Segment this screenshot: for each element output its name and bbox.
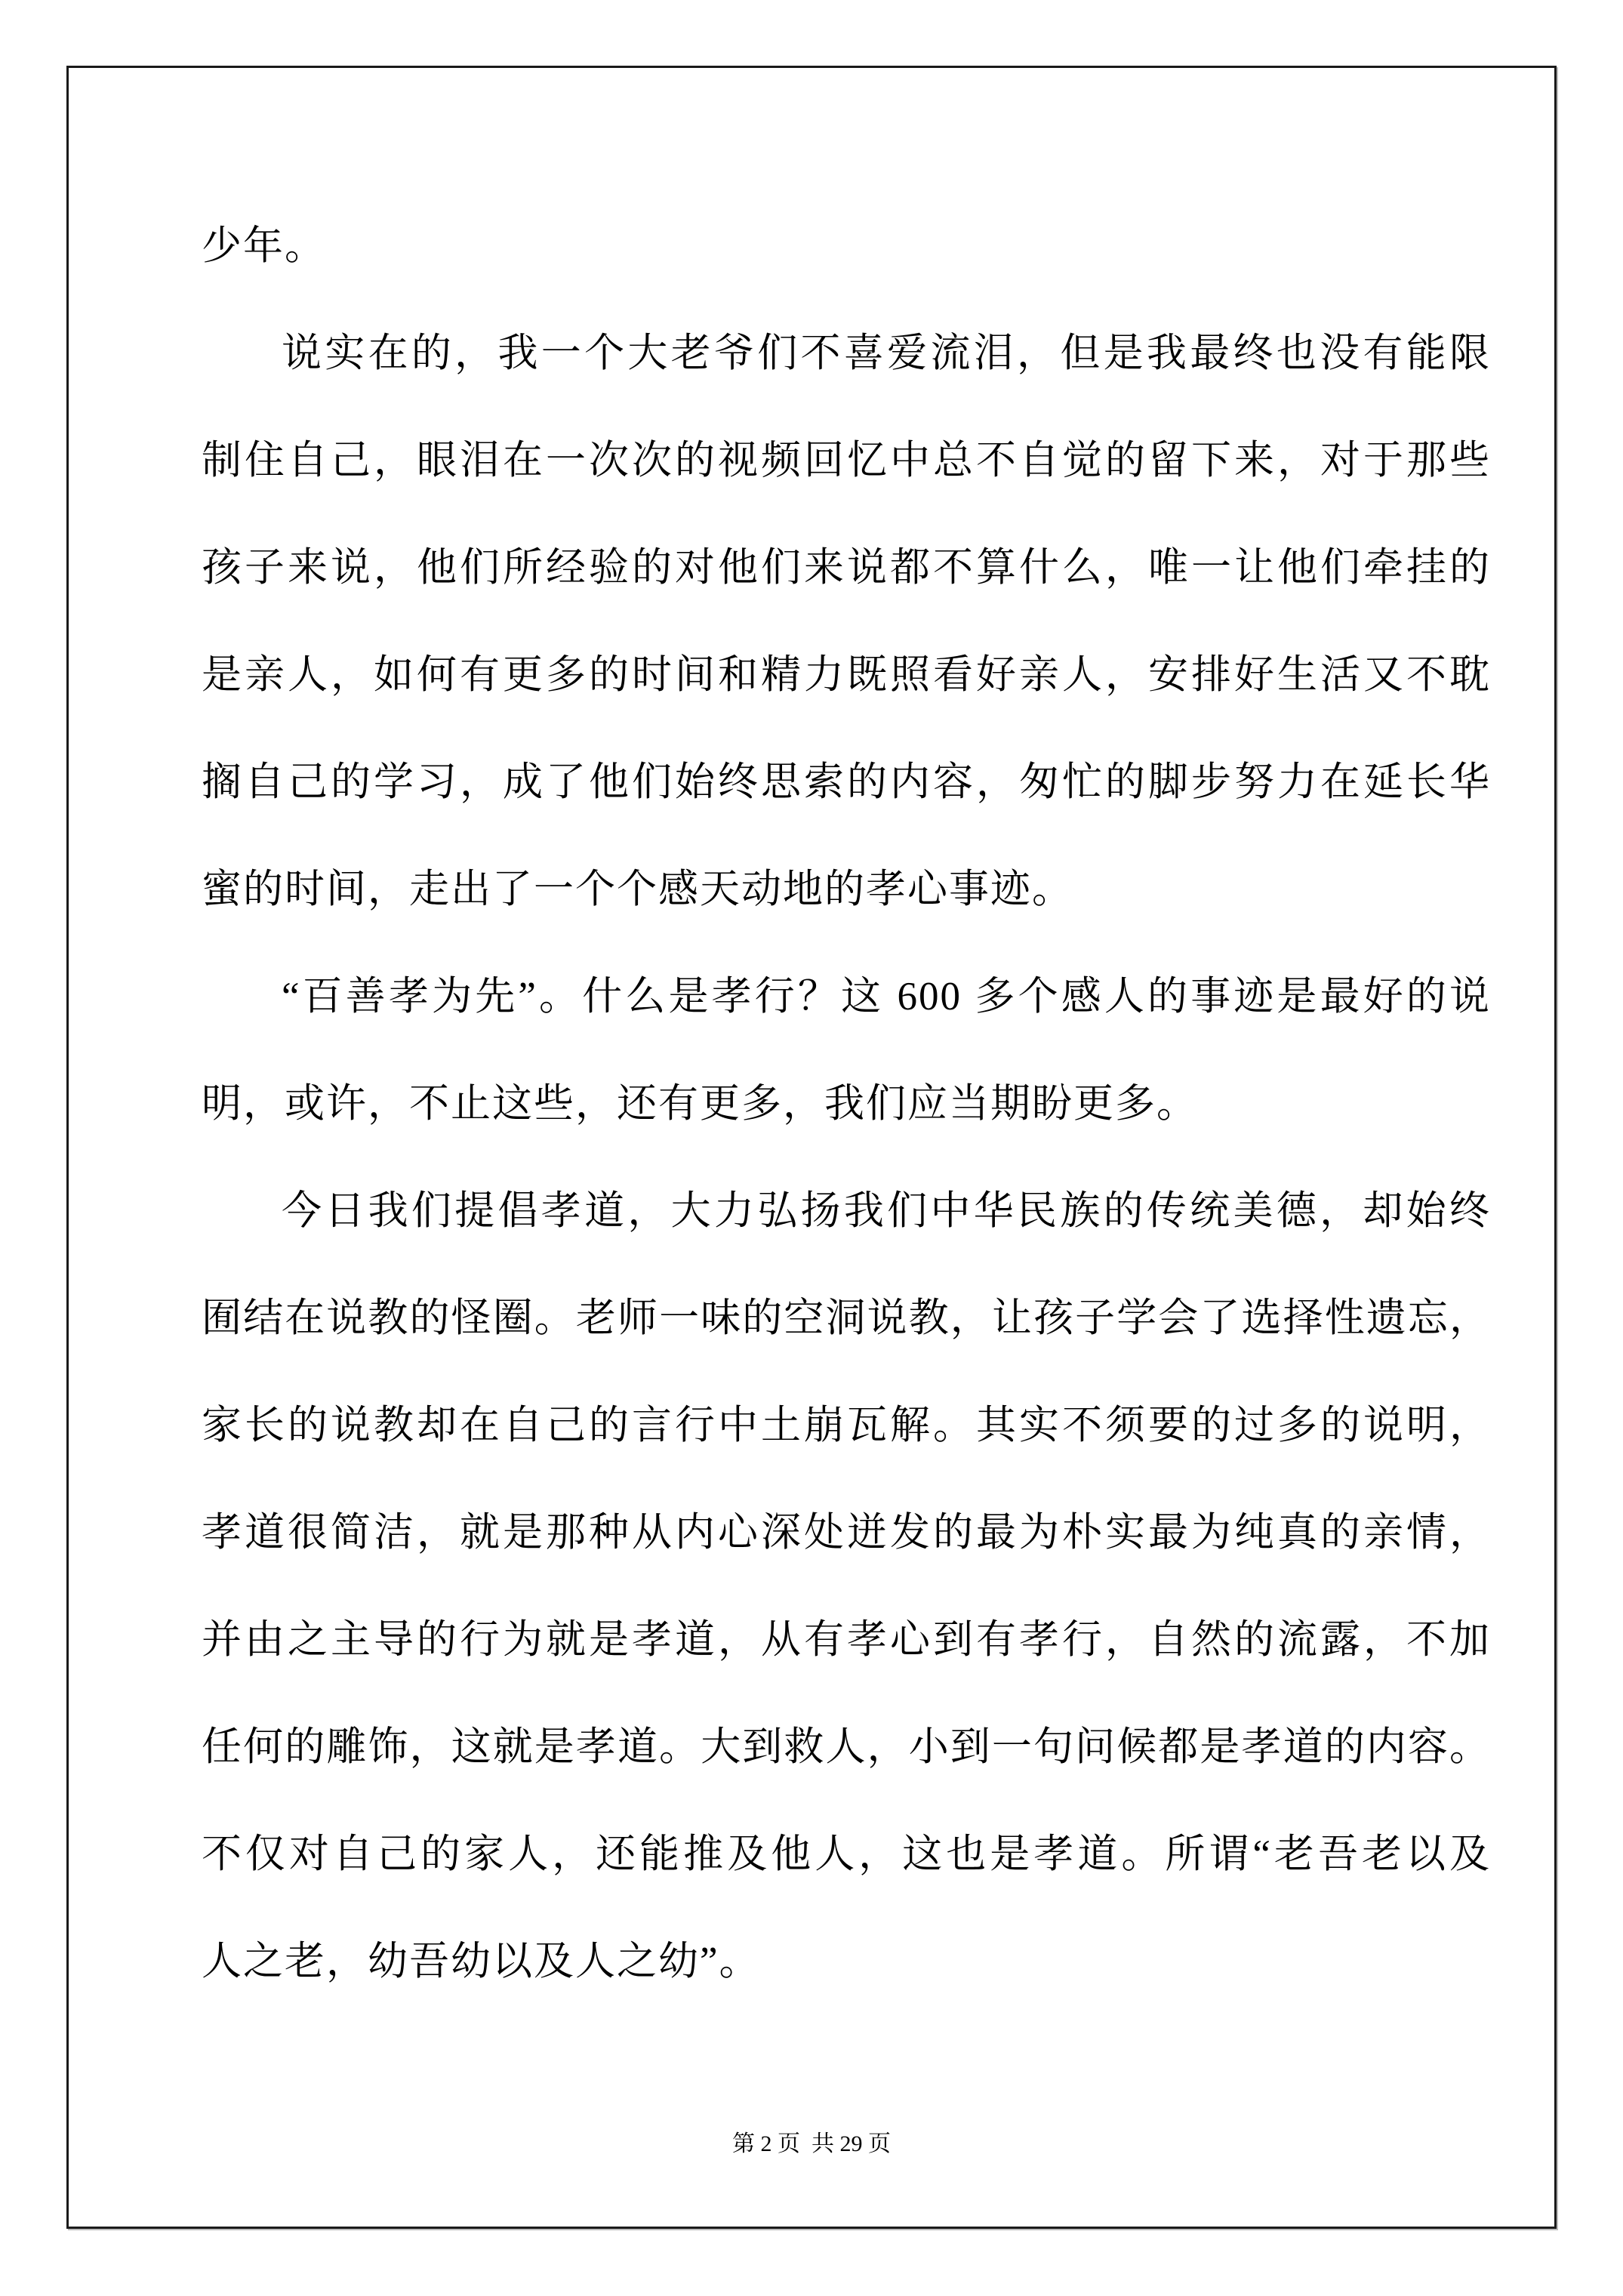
text-line: 孩子来说，他们所经验的对他们来说都不算什么，唯一让他们牵挂的 bbox=[202, 514, 1491, 621]
text-line: 制住自己，眼泪在一次次的视频回忆中总不自觉的留下来，对于那些 bbox=[202, 407, 1491, 514]
text-line: 并由之主导的行为就是孝道，从有孝心到有孝行，自然的流露，不加 bbox=[202, 1586, 1491, 1693]
text-line: 少年。 bbox=[202, 193, 1491, 300]
text-line: 明，或许，不止这些，还有更多，我们应当期盼更多。 bbox=[202, 1050, 1491, 1157]
text-line: 今日我们提倡孝道，大力弘扬我们中华民族的传统美德，却始终 bbox=[202, 1157, 1491, 1265]
text-line: 蜜的时间，走出了一个个感天动地的孝心事迹。 bbox=[202, 836, 1491, 943]
page-number-footer: 第 2 页 共 29 页 bbox=[0, 2131, 1623, 2158]
text-line: 人之老，幼吾幼以及人之幼”。 bbox=[202, 1908, 1491, 2015]
text-line: 搁自己的学习，成了他们始终思索的内容，匆忙的脚步努力在延长华 bbox=[202, 729, 1491, 836]
text-line: 任何的雕饰，这就是孝道。大到救人，小到一句问候都是孝道的内容。 bbox=[202, 1693, 1491, 1801]
document-canvas: { "document": { "footer": "第 2 页 共 29 页"… bbox=[0, 0, 1623, 2296]
text-line: 是亲人，如何有更多的时间和精力既照看好亲人，安排好生活又不耽 bbox=[202, 621, 1491, 729]
text-line: 孝道很简洁，就是那种从内心深处迸发的最为朴实最为纯真的亲情， bbox=[202, 1479, 1491, 1586]
text-line: 家长的说教却在自己的言行中土崩瓦解。其实不须要的过多的说明， bbox=[202, 1372, 1491, 1479]
text-line: 不仅对自己的家人，还能推及他人，这也是孝道。所谓“老吾老以及 bbox=[202, 1801, 1491, 1908]
text-line: “百善孝为先”。什么是孝行？这 600 多个感人的事迹是最好的说 bbox=[202, 943, 1491, 1050]
text-line: 说实在的，我一个大老爷们不喜爱流泪，但是我最终也没有能限 bbox=[202, 300, 1491, 407]
document-body-text: 少年。说实在的，我一个大老爷们不喜爱流泪，但是我最终也没有能限制住自己，眼泪在一… bbox=[202, 193, 1491, 2015]
text-line: 囿结在说教的怪圈。老师一味的空洞说教，让孩子学会了选择性遗忘， bbox=[202, 1265, 1491, 1372]
